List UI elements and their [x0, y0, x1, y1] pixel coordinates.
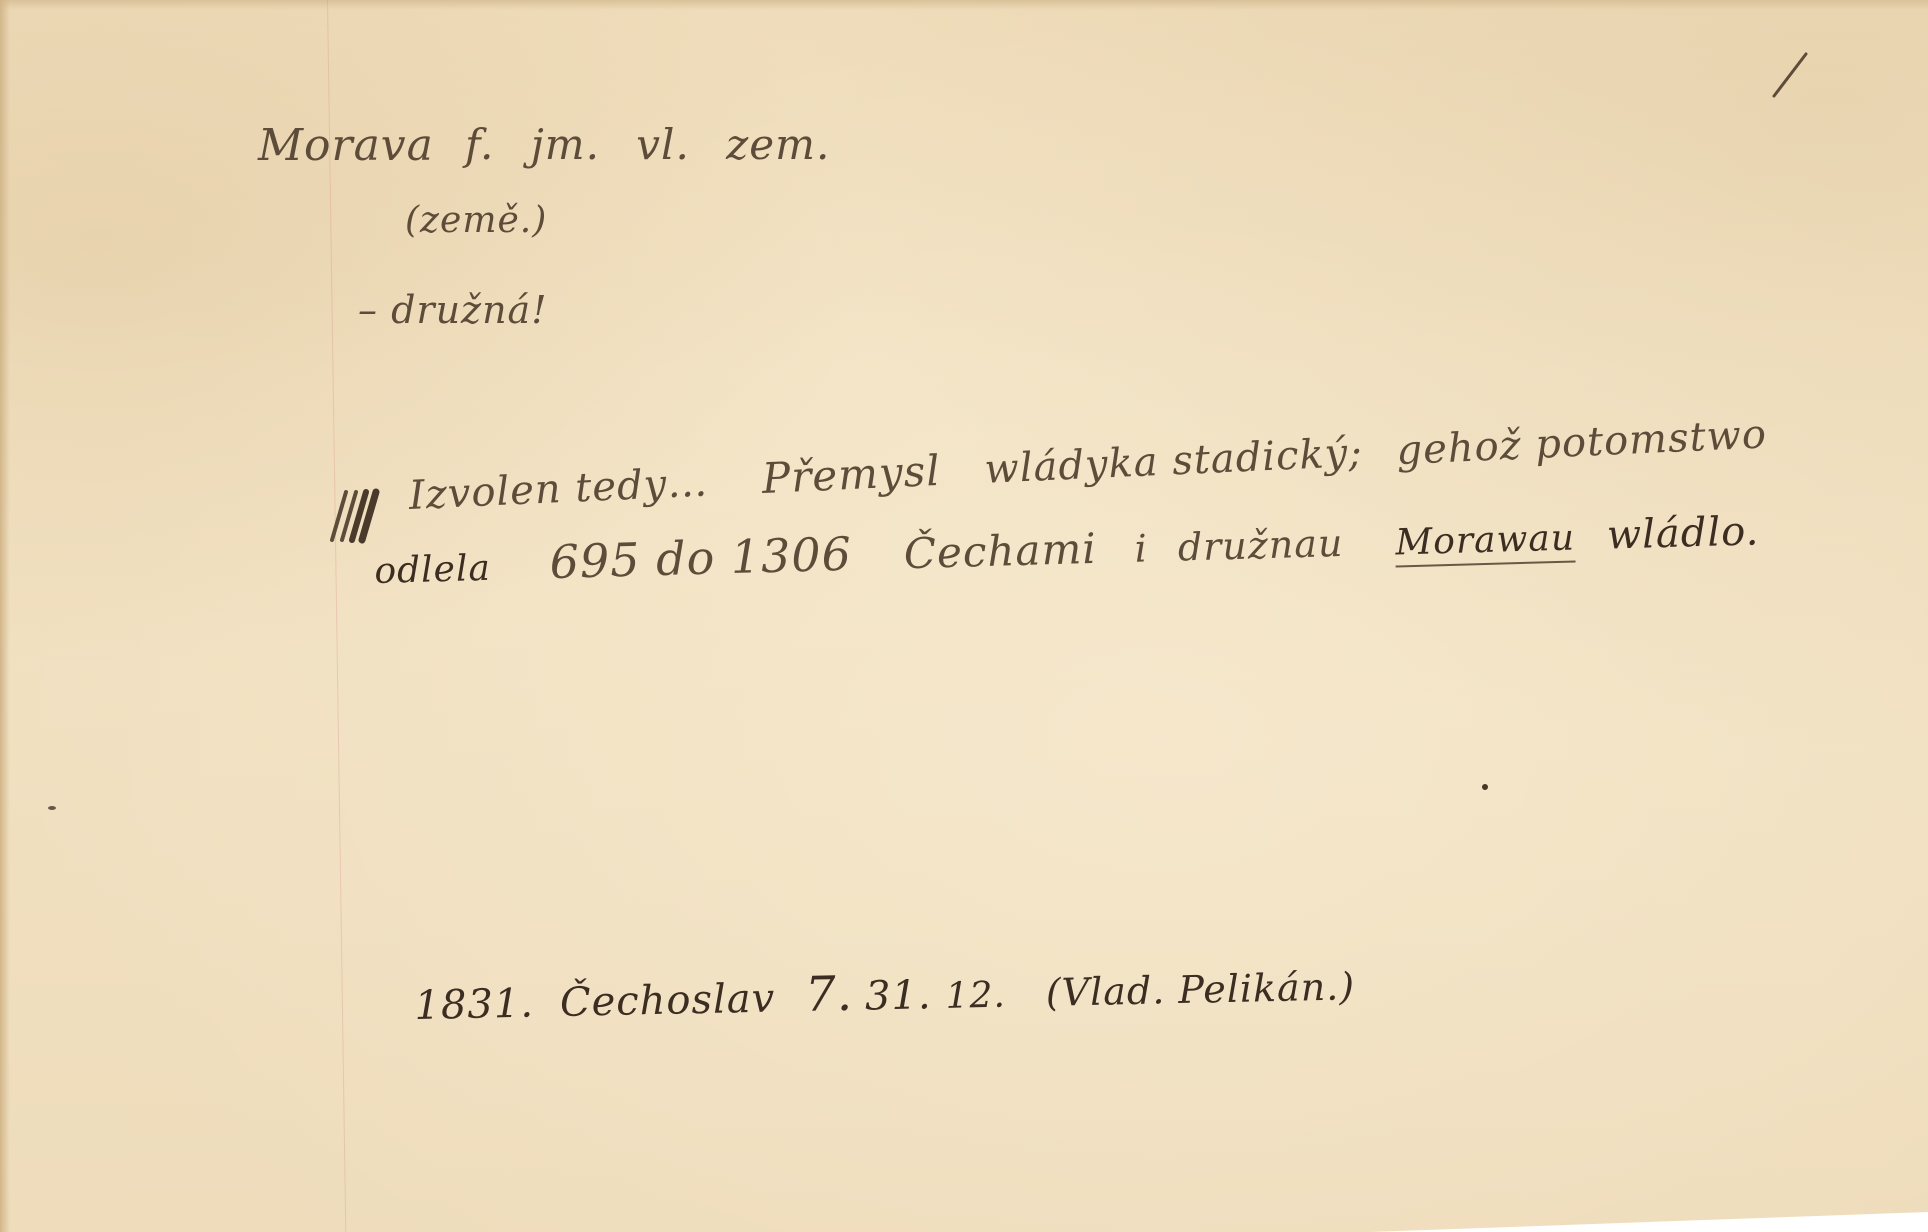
quote-part-1: Izvolen tedy… [408, 459, 709, 519]
source-volume: 7. [805, 966, 854, 1023]
note: – družná! [358, 288, 547, 332]
grammar-label: f. jm. vl. zem. [465, 120, 830, 169]
tally-mark-icon [328, 488, 388, 544]
quote-part-7: i [1134, 526, 1148, 570]
source-year: 1831. [414, 981, 534, 1029]
margin-line [327, 0, 346, 1232]
quote-part-6: Čechami [903, 524, 1097, 578]
quote-part-9: wládlo. [1606, 508, 1760, 558]
quote-part-3: wládyka stadický; [984, 430, 1364, 493]
headword: Morava [258, 120, 434, 171]
gloss: (země.) [405, 200, 547, 241]
source-publication: Čechoslav [559, 975, 775, 1025]
source-issue: 31. [865, 972, 933, 1019]
index-card: Morava f. jm. vl. zem. (země.) – družná!… [0, 0, 1928, 1232]
ink-speck [48, 806, 56, 810]
quote-part-5: odlela [374, 548, 492, 592]
quote-years: 695 do 1306 [549, 527, 853, 589]
page-number-mark [1770, 50, 1814, 100]
quote-headword-underlined: Morawau [1395, 517, 1576, 567]
card-left-edge [0, 0, 10, 1232]
source-citation: 1831. Čechoslav 7. 31. 12. (Vlad. Peliká… [414, 955, 1356, 1031]
body-line-1: Izvolen tedy… Přemysl wládyka stadický; … [408, 408, 1768, 519]
quote-part-2: Přemysl [761, 446, 942, 503]
body-line-2: odlela 695 do 1306 Čechami i družnau Mor… [373, 501, 1759, 594]
source-page: 12. [945, 975, 1006, 1017]
quote-part-8: družnau [1177, 521, 1344, 570]
ink-speck [1482, 784, 1488, 790]
quote-part-4: gehož potomstwo [1396, 411, 1768, 474]
card-top-edge [0, 0, 1928, 10]
source-author: (Vlad. Pelikán.) [1045, 964, 1355, 1014]
